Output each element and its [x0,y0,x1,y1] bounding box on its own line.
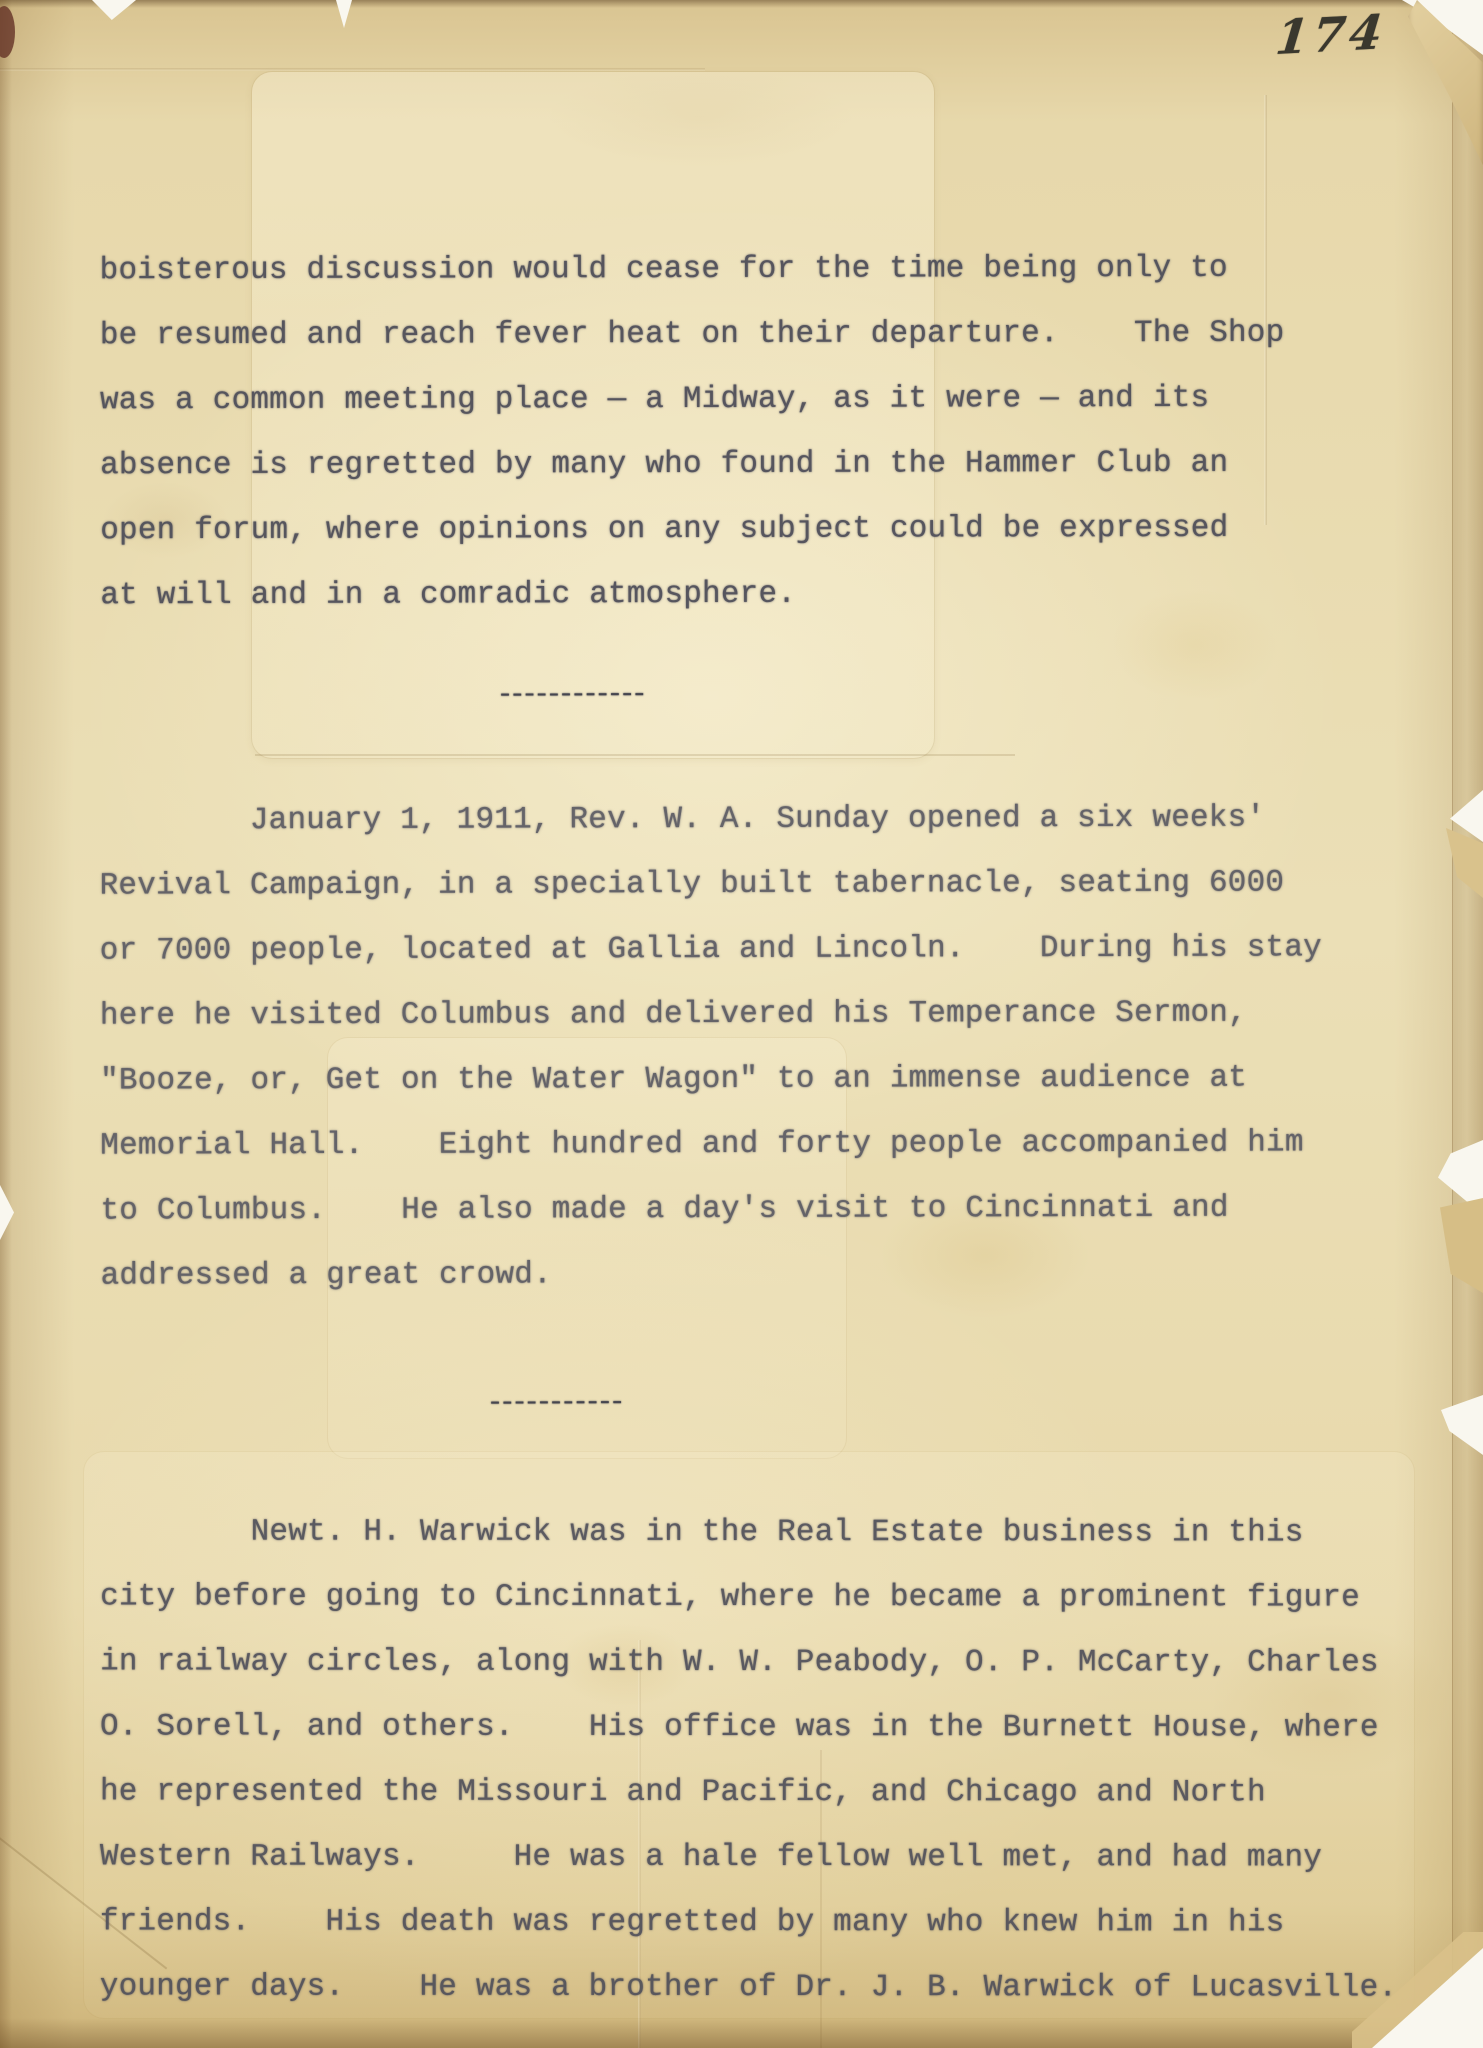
paper-crease [0,68,705,71]
typed-paragraph: Newt. H. Warwick was in the Real Estate … [100,1499,1398,2020]
typed-line: in railway circles, along with W. W. Pea… [100,1629,1397,1695]
typed-line: open forum, where opinions on any subjec… [100,496,1285,563]
typed-paragraph: January 1, 1911, Rev. W. A. Sunday opene… [99,785,1323,1308]
page-edge-shadow [0,0,12,2048]
typed-line: at will and in a comradic atmosphere. [100,561,1285,628]
typed-line: younger days. He was a brother of Dr. J.… [100,1954,1397,2020]
typed-line: friends. His death was regretted by many… [100,1889,1397,1955]
typed-line: O. Sorell, and others. His office was in… [100,1694,1397,1760]
typed-divider: ----------- [487,1396,621,1410]
typed-line: addressed a great crowd. [101,1240,1323,1308]
typed-line: here he visited Columbus and delivered h… [100,980,1322,1048]
paper-fold-edge [1452,0,1483,2048]
typed-line: Newt. H. Warwick was in the Real Estate … [100,1499,1397,1565]
typed-line: city before going to Cincinnati, where h… [100,1564,1397,1630]
page-edge-shadow [0,2018,1483,2048]
typed-line: or 7000 people, located at Gallia and Li… [100,915,1322,983]
typed-divider: ------------ [497,688,644,702]
typed-line: was a common meeting place — a Midway, a… [100,366,1285,433]
handwritten-page-number: 174 [1273,5,1389,66]
typed-paragraph: boisterous discussion would cease for th… [100,236,1285,628]
typed-line: to Columbus. He also made a day's visit … [100,1175,1322,1243]
typed-line: "Booze, or, Get on the Water Wagon" to a… [100,1045,1322,1113]
typed-line: boisterous discussion would cease for th… [100,236,1285,303]
paper-crease [255,754,1015,756]
manuscript-page: 174 boisterous discussion would cease fo… [0,0,1483,2048]
typed-line: be resumed and reach fever heat on their… [100,301,1285,368]
typed-line: January 1, 1911, Rev. W. A. Sunday opene… [99,785,1321,853]
typed-line: Revival Campaign, in a specially built t… [99,850,1321,918]
typed-line: absence is regretted by many who found i… [100,431,1285,498]
typed-line: he represented the Missouri and Pacific,… [100,1759,1397,1825]
typed-line: Memorial Hall. Eight hundred and forty p… [100,1110,1322,1178]
page-edge-shadow [0,0,1483,8]
typed-line: Western Railways. He was a hale fellow w… [100,1824,1397,1890]
